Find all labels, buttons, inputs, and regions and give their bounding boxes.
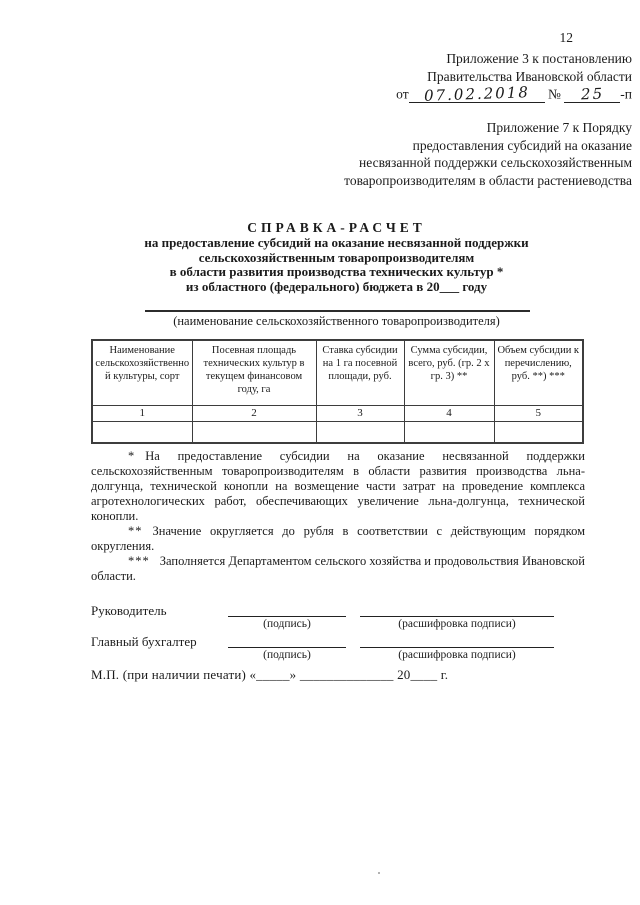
handwritten-number: 25 <box>580 86 604 103</box>
footnote-1-text: На предоставление субсидии на оказание н… <box>91 449 585 523</box>
title-line: сельскохозяйственным товаропроизводителя… <box>91 251 582 266</box>
signature-name-blank-line <box>360 600 554 617</box>
title-main: СПРАВКА-РАСЧЕТ <box>91 219 582 236</box>
column-number: 3 <box>316 405 404 421</box>
footnote-2: **Значение округляется до рубля в соотве… <box>91 524 585 554</box>
signature-row-director: Руководитель (подпись) (расшифровка подп… <box>91 600 640 631</box>
footnote-3-text: Заполняется Департаментом сельского хозя… <box>91 554 585 583</box>
decree-date-field: 07.02.2018 <box>409 85 545 103</box>
appendix-3-line: Правительства Ивановской области <box>0 68 632 86</box>
footnote-2-marker: ** <box>128 524 153 538</box>
appendix-7-line: товаропроизводителям в области растениев… <box>0 172 632 190</box>
table-cell-empty <box>404 421 494 443</box>
decree-number-field: 25 <box>564 85 620 103</box>
number-suffix: -п <box>620 87 632 102</box>
signature-section: Руководитель (подпись) (расшифровка подп… <box>91 600 640 683</box>
scan-speck <box>378 872 380 874</box>
table-cell-empty <box>192 421 316 443</box>
footnote-1: *На предоставление субсидии на оказание … <box>91 449 585 524</box>
producer-name-blank-line <box>145 310 530 312</box>
appendix-3-block: Приложение 3 к постановлению Правительст… <box>0 50 640 103</box>
table-cell-empty <box>316 421 404 443</box>
signature-name-blank-line <box>360 631 554 648</box>
appendix-7-block: Приложение 7 к Порядку предоставления су… <box>0 119 640 189</box>
appendix-7-line: предоставления субсидий на оказание <box>0 137 632 155</box>
table-header-subsidy-total: Сумма субсидии, всего, руб. (гр. 2 х гр.… <box>404 340 494 405</box>
signature-row-chief-accountant: Главный бухгалтер (подпись) (расшифровка… <box>91 631 640 662</box>
signature-blank-line <box>228 631 346 648</box>
table-header-crop-name: Наименование сельскохозяйственной культу… <box>92 340 192 405</box>
table-header-subsidy-transfer: Объем субсидии к перечислению, руб. **) … <box>494 340 583 405</box>
table-header-sown-area: Посевная площадь технических культур в т… <box>192 340 316 405</box>
document-title: СПРАВКА-РАСЧЕТ на предоставление субсиди… <box>91 219 582 294</box>
signature-caption: (подпись) <box>228 617 346 631</box>
title-line: в области развития производства техничес… <box>91 265 582 280</box>
footnote-3: ***Заполняется Департаментом сельского х… <box>91 554 585 584</box>
column-number: 2 <box>192 405 316 421</box>
handwritten-date: 07.02.2018 <box>423 84 529 104</box>
table-column-numbers-row: 1 2 3 4 5 <box>92 405 583 421</box>
table-empty-row <box>92 421 583 443</box>
subsidy-calculation-table: Наименование сельскохозяйственной культу… <box>91 339 584 444</box>
footnote-3-marker: *** <box>128 554 160 568</box>
appendix-3-line: Приложение 3 к постановлению <box>0 50 632 68</box>
decree-date-number-line: от07.02.2018 № 25-п <box>0 85 632 103</box>
stamp-date-line: М.П. (при наличии печати) «_____» ______… <box>91 666 640 683</box>
document-page: 12 Приложение 3 к постановлению Правител… <box>0 0 640 905</box>
footnotes-section: *На предоставление субсидии на оказание … <box>91 449 585 584</box>
table-header-subsidy-rate: Ставка субсидии на 1 га посевной площади… <box>316 340 404 405</box>
signature-name-caption: (расшифровка подписи) <box>360 648 554 662</box>
signature-blank-line <box>228 600 346 617</box>
column-number: 1 <box>92 405 192 421</box>
table-header-row: Наименование сельскохозяйственной культу… <box>92 340 583 405</box>
number-sign: № <box>548 87 561 102</box>
column-number: 5 <box>494 405 583 421</box>
signature-caption: (подпись) <box>228 648 346 662</box>
signature-label: Главный бухгалтер <box>91 631 228 650</box>
table-cell-empty <box>92 421 192 443</box>
page-number: 12 <box>0 0 640 45</box>
footnote-1-marker: * <box>128 449 145 463</box>
appendix-7-line: несвязанной поддержки сельскохозяйственн… <box>0 154 632 172</box>
producer-name-caption: (наименование сельскохозяйственного това… <box>91 314 582 329</box>
column-number: 4 <box>404 405 494 421</box>
title-line: на предоставление субсидий на оказание н… <box>91 236 582 251</box>
from-label: от <box>396 87 408 102</box>
signature-label: Руководитель <box>91 600 228 619</box>
footnote-2-text: Значение округляется до рубля в соответс… <box>91 524 585 553</box>
title-line: из областного (федерального) бюджета в 2… <box>91 280 582 295</box>
table-cell-empty <box>494 421 583 443</box>
signature-name-caption: (расшифровка подписи) <box>360 617 554 631</box>
appendix-7-line: Приложение 7 к Порядку <box>0 119 632 137</box>
